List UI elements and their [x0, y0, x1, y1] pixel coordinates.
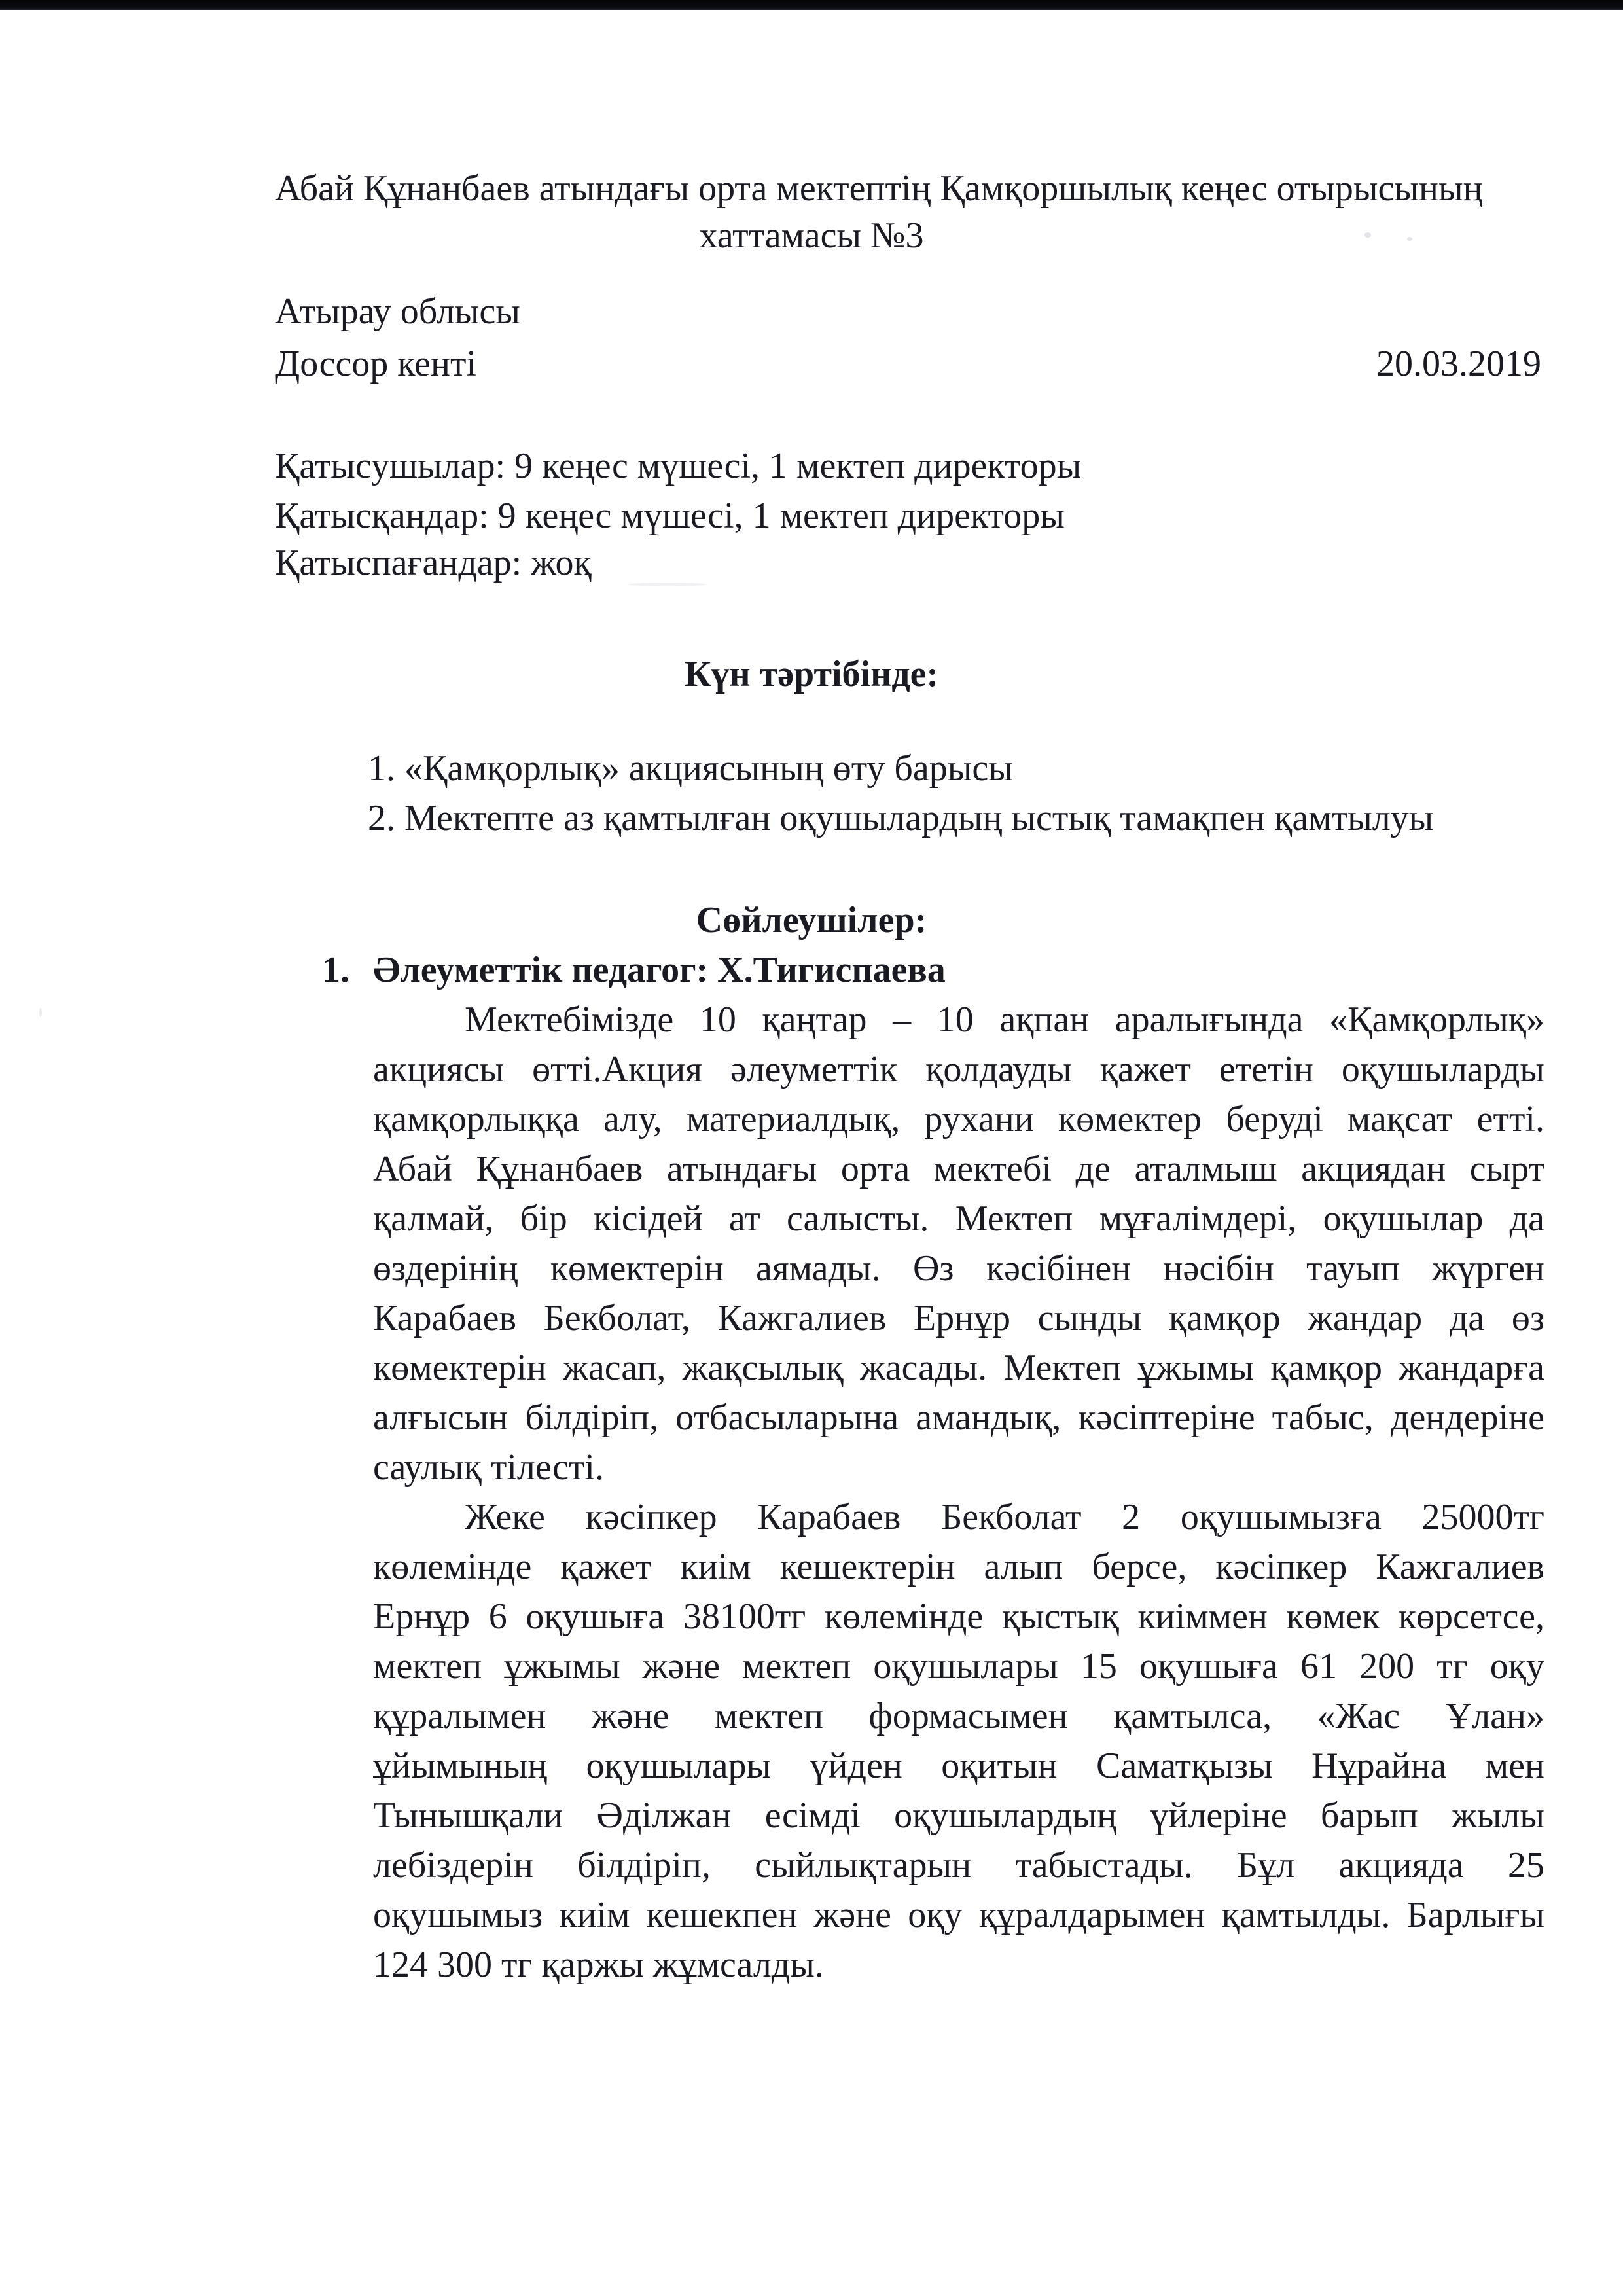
paragraph-line: қамқорлыққа алу, материалдық, рухани көм… [373, 1094, 1544, 1144]
paragraph-line: оқушымыз киім кешекпен және оқу құралдар… [373, 1890, 1544, 1940]
paragraph-line: лебіздерін білдіріп, сыйлықтарын табыста… [373, 1840, 1544, 1890]
paragraph-line: мектеп ұжымы және мектеп оқушылары 15 оқ… [373, 1641, 1544, 1691]
document-title-line-2: хаттамасы №3 [0, 211, 1623, 260]
paragraph-line: Абай Құнанбаев атындағы орта мектебі де … [373, 1144, 1544, 1194]
scan-speck [1407, 237, 1412, 241]
paragraph-line: акциясы өтті.Акция әлеуметтік қолдауды қ… [373, 1045, 1544, 1094]
scan-speck [1364, 232, 1371, 238]
attendance-participants: Қатысушылар: 9 кеңес мүшесі, 1 мектеп ди… [275, 441, 1081, 491]
paragraph-line: өздерінің көмектерін аямады. Өз кәсібіне… [373, 1244, 1544, 1293]
paragraph-line: алғысын білдіріп, отбасыларына амандық, … [373, 1393, 1544, 1443]
attendance-present: Қатысқандар: 9 кеңес мүшесі, 1 мектеп ди… [275, 491, 1065, 541]
paragraph-line: ұйымының оқушылары үйден оқитын Саматқыз… [373, 1741, 1544, 1791]
paragraph-line: Карабаев Бекболат, Кажгалиев Ернұр сынды… [373, 1293, 1544, 1343]
speaker-number: 1. [322, 945, 349, 995]
paragraph-line: Тынышқали Әділжан есімді оқушылардың үйл… [373, 1791, 1544, 1840]
agenda-heading: Күн тәртібінде: [0, 649, 1623, 699]
scan-speck [39, 1008, 42, 1017]
speakers-heading: Сөйлеушілер: [0, 895, 1623, 945]
paragraph-line: Мектебімізде 10 қаңтар – 10 ақпан аралығ… [373, 995, 1544, 1045]
paragraph-line: қалмай, бір кісідей ат салысты. Мектеп м… [373, 1194, 1544, 1244]
document-date: 20.03.2019 [1376, 339, 1541, 389]
paragraph-line: құралымен және мектеп формасымен қамтылс… [373, 1691, 1544, 1741]
paragraph-line: Ернұр 6 оқушыға 38100тг көлемінде қыстық… [373, 1592, 1544, 1641]
agenda-item: 1. «Қамқорлық» акциясының өту барысы [368, 744, 1013, 793]
paragraph-line: саулық тілесті. [373, 1443, 1544, 1492]
region-label: Атырау облысы [275, 287, 520, 336]
scan-speck [628, 583, 707, 586]
paragraph-line: көмектерін жасап, жақсылық жасады. Мекте… [373, 1343, 1544, 1393]
paragraph-line: 124 300 тг қаржы жұмсалды. [373, 1940, 1544, 1990]
attendance-absent: Қатыспағандар: жоқ [275, 538, 592, 588]
document-page: Абай Құнанбаев атындағы орта мектептің Қ… [0, 0, 1623, 2296]
village-label: Доссор кенті [275, 339, 476, 389]
speaker-title: Әлеуметтік педагог: Х.Тигиспаева [373, 945, 946, 995]
document-title-line-1: Абай Құнанбаев атындағы орта мектептің Қ… [275, 164, 1544, 213]
paragraph-line: Жеке кәсіпкер Карабаев Бекболат 2 оқушым… [373, 1492, 1544, 1542]
paragraph-line: көлемінде қажет киім кешектерін алып бер… [373, 1542, 1544, 1592]
agenda-item: 2. Мектепте аз қамтылған оқушылардың ыст… [368, 793, 1433, 843]
